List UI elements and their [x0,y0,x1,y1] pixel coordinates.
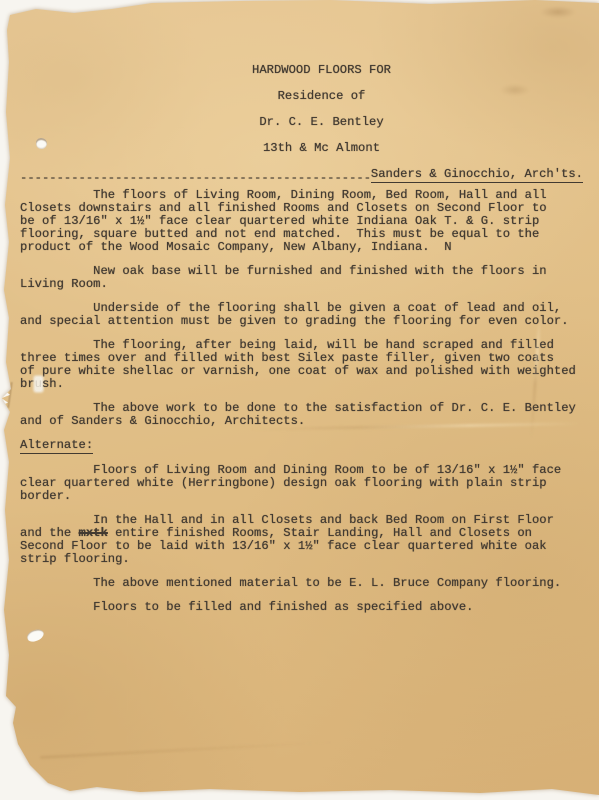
signature-rule-dashes: ----------------------------------------… [20,172,371,185]
paragraph-fill-finish: Floors to be filled and finished as spec… [20,601,583,614]
correction-patch: u [35,377,42,391]
doc-subtitle-address: 13th & Mc Almont [60,142,583,155]
paragraph-bruce-material: The above mentioned material to be E. L.… [20,577,583,590]
strikethrough-word: mxtk [79,526,108,540]
paragraph-finishing-text: The flooring, after being laid, will be … [20,338,576,391]
paragraph-finishing: The flooring, after being laid, will be … [20,339,583,391]
paper-sheet: HARDWOOD FLOORS FOR Residence of Dr. C. … [0,0,599,800]
doc-subtitle-owner: Dr. C. E. Bentley [60,116,583,129]
doc-subtitle-residence: Residence of [60,90,583,103]
document-content: HARDWOOD FLOORS FOR Residence of Dr. C. … [0,0,599,800]
document-header: HARDWOOD FLOORS FOR Residence of Dr. C. … [60,64,583,155]
architect-signature-row: ----------------------------------------… [20,168,583,183]
alternate-heading: Alternate: [20,439,93,454]
scan-background: HARDWOOD FLOORS FOR Residence of Dr. C. … [0,0,599,800]
paragraph-underside-coat: Underside of the flooring shall be given… [20,302,583,328]
paragraph-satisfaction: The above work to be done to the satisfa… [20,402,583,428]
paragraph-alternate-hall: In the Hall and in all Closets and back … [20,514,583,566]
doc-title: HARDWOOD FLOORS FOR [60,64,583,77]
paper-shadow: HARDWOOD FLOORS FOR Residence of Dr. C. … [0,0,599,800]
architect-name: Sanders & Ginocchio, Arch'ts. [371,168,583,183]
paragraph-flooring-spec: The floors of Living Room, Dining Room, … [20,189,583,254]
paragraph-oak-base: New oak base will be furnished and finis… [20,265,583,291]
paragraph-alternate-herringbone: Floors of Living Room and Dining Room to… [20,464,583,503]
paragraph-finishing-text-end: sh. [42,377,64,391]
